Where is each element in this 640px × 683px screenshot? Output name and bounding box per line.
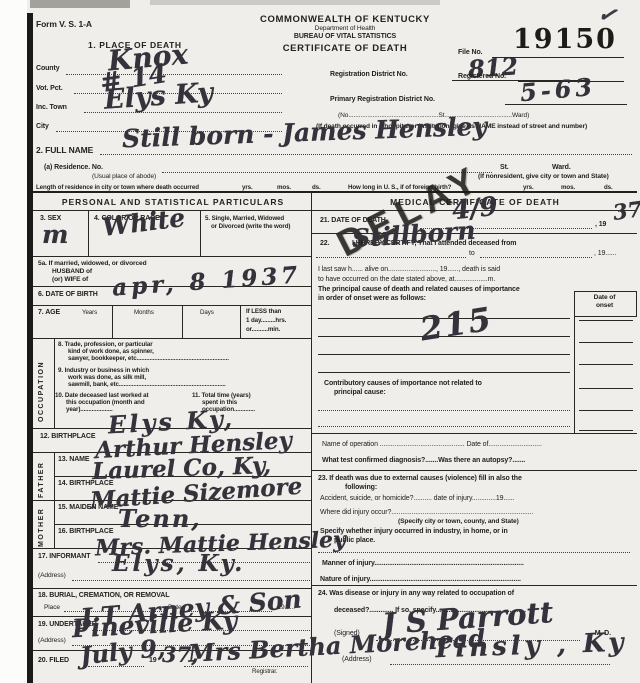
attended-year-label: , 19...... [594, 250, 616, 258]
age-col-divider-2 [182, 305, 183, 338]
father-vertical-label: FATHER [38, 456, 45, 498]
informant-address-blank-line [72, 580, 310, 581]
operation-text: Name of operation ......................… [322, 441, 542, 449]
informant-label: 17. INFORMANT [38, 553, 90, 561]
item23-line6: Specify whether injury occurred in indus… [320, 528, 508, 536]
age-label: 7. AGE [38, 309, 60, 317]
contributory-bottom-line [311, 433, 637, 434]
death-certificate-scan: Form V. S. 1-A 1. PLACE OF DEATH County … [0, 0, 640, 683]
nonresident-note: (If nonresident, give city or town and S… [478, 173, 609, 181]
physician-address-label: (Address) [342, 656, 371, 664]
physician-address-value: Tinsly , Ky [432, 630, 628, 663]
full-name-label: 2. FULL NAME [36, 145, 93, 155]
age-less-line1: If LESS than [246, 308, 281, 315]
form-number: Form V. S. 1-A [36, 19, 92, 29]
scan-top-smudge-light [150, 0, 440, 5]
onset-short-line-1 [579, 320, 633, 321]
item8-line3: sawyer, bookkeeper, etc.................… [68, 355, 229, 362]
undertaker-address-label: (Address) [38, 637, 66, 645]
onset-short-line-3 [579, 364, 633, 365]
file-no-value: 19150 [513, 24, 617, 55]
color-marital-divider [200, 210, 201, 256]
age-months-label: Months [134, 309, 154, 316]
full-name-value: Still born - James Hensley [122, 114, 488, 152]
marital-label-1: 5. Single, Married, Widowed [205, 215, 284, 222]
onset-short-line-6 [579, 430, 633, 431]
cause-line-3 [318, 354, 570, 355]
item23-line5: (Specify city or town, county, and State… [398, 518, 519, 526]
full-name-blank-line [100, 154, 632, 155]
agency-bureau: BUREAU OF VITAL STATISTICS [235, 33, 455, 41]
occupation-box-divider [54, 338, 55, 428]
age-col-divider-1 [112, 305, 113, 338]
registrar-label: Registrar. [252, 668, 277, 675]
filed-19-printed: 19 [149, 657, 157, 665]
inc-town-label: Inc. Town [36, 104, 67, 112]
item24-line1: 24. Was disease or injury in any way rel… [318, 590, 514, 598]
item23-blank-line [318, 552, 630, 553]
contributory-line-1 [318, 410, 570, 411]
item23-line4: Where did injury occur?.................… [320, 509, 533, 517]
residence-label: (a) Residence. No. [44, 164, 103, 172]
birthplace-label: 12. BIRTHPLACE [40, 433, 95, 441]
certificate-title: CERTIFICATE OF DEATH [235, 43, 455, 54]
item23-line2: following: [345, 484, 377, 492]
item9-line3: sawmill, bank, etc......................… [68, 381, 226, 388]
test-autopsy-text: What test confirmed diagnosis?.......Was… [322, 457, 525, 465]
file-no-line [492, 57, 624, 58]
onset-short-line-5 [579, 410, 633, 411]
sex-color-divider [88, 210, 89, 256]
informant-address-label: (Address) [38, 572, 66, 580]
age-years-label: Years [82, 309, 97, 316]
item5a-line2: HUSBAND of [52, 268, 92, 276]
date-of-onset-label-2: onset [574, 302, 635, 310]
father-name-label: 13. NAME [58, 456, 90, 464]
physician-address-line [390, 664, 610, 665]
informant-address-value: Elys, Ky. [112, 552, 245, 575]
nature-bottom-line [311, 585, 637, 586]
registrar-line [184, 666, 308, 667]
primary-district-label: Primary Registration District No. [330, 96, 435, 104]
scan-left-margin [0, 0, 27, 683]
city-label: City [36, 123, 49, 131]
row-7-bottom-line [33, 338, 311, 339]
attended-to-label: to [469, 250, 475, 258]
contributory-line-2 [318, 426, 570, 427]
precinct-label: Vot. Pct. [36, 85, 63, 93]
filed-label: 20. FILED [38, 657, 69, 665]
attended-from-line [316, 257, 466, 258]
registered-no-label: Registered No. [458, 73, 506, 81]
marital-label-2: or Divorced (write the word) [211, 223, 290, 230]
mother-birthplace-value: Tenn, [118, 507, 202, 531]
item23-line7: public place. [334, 537, 375, 545]
row-3-4-5-bottom-line [33, 256, 311, 257]
scan-binding-bar [27, 13, 33, 683]
occurred-text: to have occurred on the date stated abov… [318, 276, 495, 284]
age-days-label: Days [200, 309, 214, 316]
residence-st-label: St. [500, 164, 509, 172]
inc-town-value: Elys Ky [103, 79, 214, 114]
contributory-text-1: Contributory causes of importance not re… [324, 380, 482, 388]
primary-district-value: 5-63 [519, 75, 597, 106]
cause-line-4 [318, 372, 570, 373]
test-bottom-line [311, 470, 637, 471]
age-col-divider-3 [240, 305, 241, 338]
date-of-onset-label-1: Date of [574, 294, 635, 302]
age-less-line2: 1 day.........hrs. [246, 317, 286, 324]
filed-date-line [88, 666, 144, 667]
item23-line1: 23. If death was due to external causes … [318, 475, 522, 483]
dob-value: apr, 8 1937 [111, 263, 302, 299]
item23-line3: Accident, suicide, or homicide?.........… [320, 495, 514, 503]
file-no-label: File No. [458, 49, 482, 57]
item5a-line1: 5a. If married, widowed, or divorced [38, 260, 147, 268]
registered-no-line [518, 81, 624, 82]
header-separator-line [33, 191, 637, 193]
center-divider-line [311, 191, 312, 683]
dob-label: 6. DATE OF BIRTH [38, 291, 98, 299]
agency-name: COMMONWEALTH OF KENTUCKY [235, 14, 455, 25]
contributory-text-2: principal cause: [334, 389, 386, 397]
sex-value: m [42, 222, 68, 247]
row-6-bottom-line [33, 305, 311, 306]
attended-to-line [480, 257, 592, 258]
mother-vertical-label: MOTHER [38, 503, 45, 547]
onset-column-divider [574, 315, 575, 433]
item22-number: 22. [320, 240, 329, 248]
nature-of-injury-text: Nature of injury........................… [320, 576, 521, 584]
onset-short-line-4 [579, 388, 633, 389]
signed-label: (Signed) [334, 630, 360, 638]
age-less-line3: or..........min. [246, 326, 280, 333]
county-label: County [36, 65, 60, 73]
scan-top-smudge-dark [30, 0, 130, 8]
onset-short-line-2 [579, 342, 633, 343]
last-saw-text: I last saw h...... alive on.............… [318, 266, 500, 274]
abode-note: (Usual place of abode) [92, 173, 156, 181]
occupation-vertical-label: OCCUPATION [38, 346, 45, 422]
item10-line3: year).................... [66, 406, 113, 413]
principal-cause-text-1: The principal cause of death and related… [318, 286, 520, 294]
manner-of-injury-text: Manner of injury........................… [322, 560, 524, 568]
date-of-death-year: 37 [612, 198, 640, 223]
item5a-line3: (or) WIFE of [52, 276, 88, 284]
registration-district-label: Registration District No. [330, 71, 408, 79]
cause-of-death-value: 215 [418, 303, 495, 346]
date-of-death-19: , 19 [595, 221, 606, 229]
principal-cause-text-2: in order of onset were as follows: [318, 295, 426, 303]
agency-dept: Department of Health [235, 25, 455, 33]
residence-ward-label: Ward. [552, 164, 571, 172]
burial-place-label: Place [44, 604, 60, 612]
